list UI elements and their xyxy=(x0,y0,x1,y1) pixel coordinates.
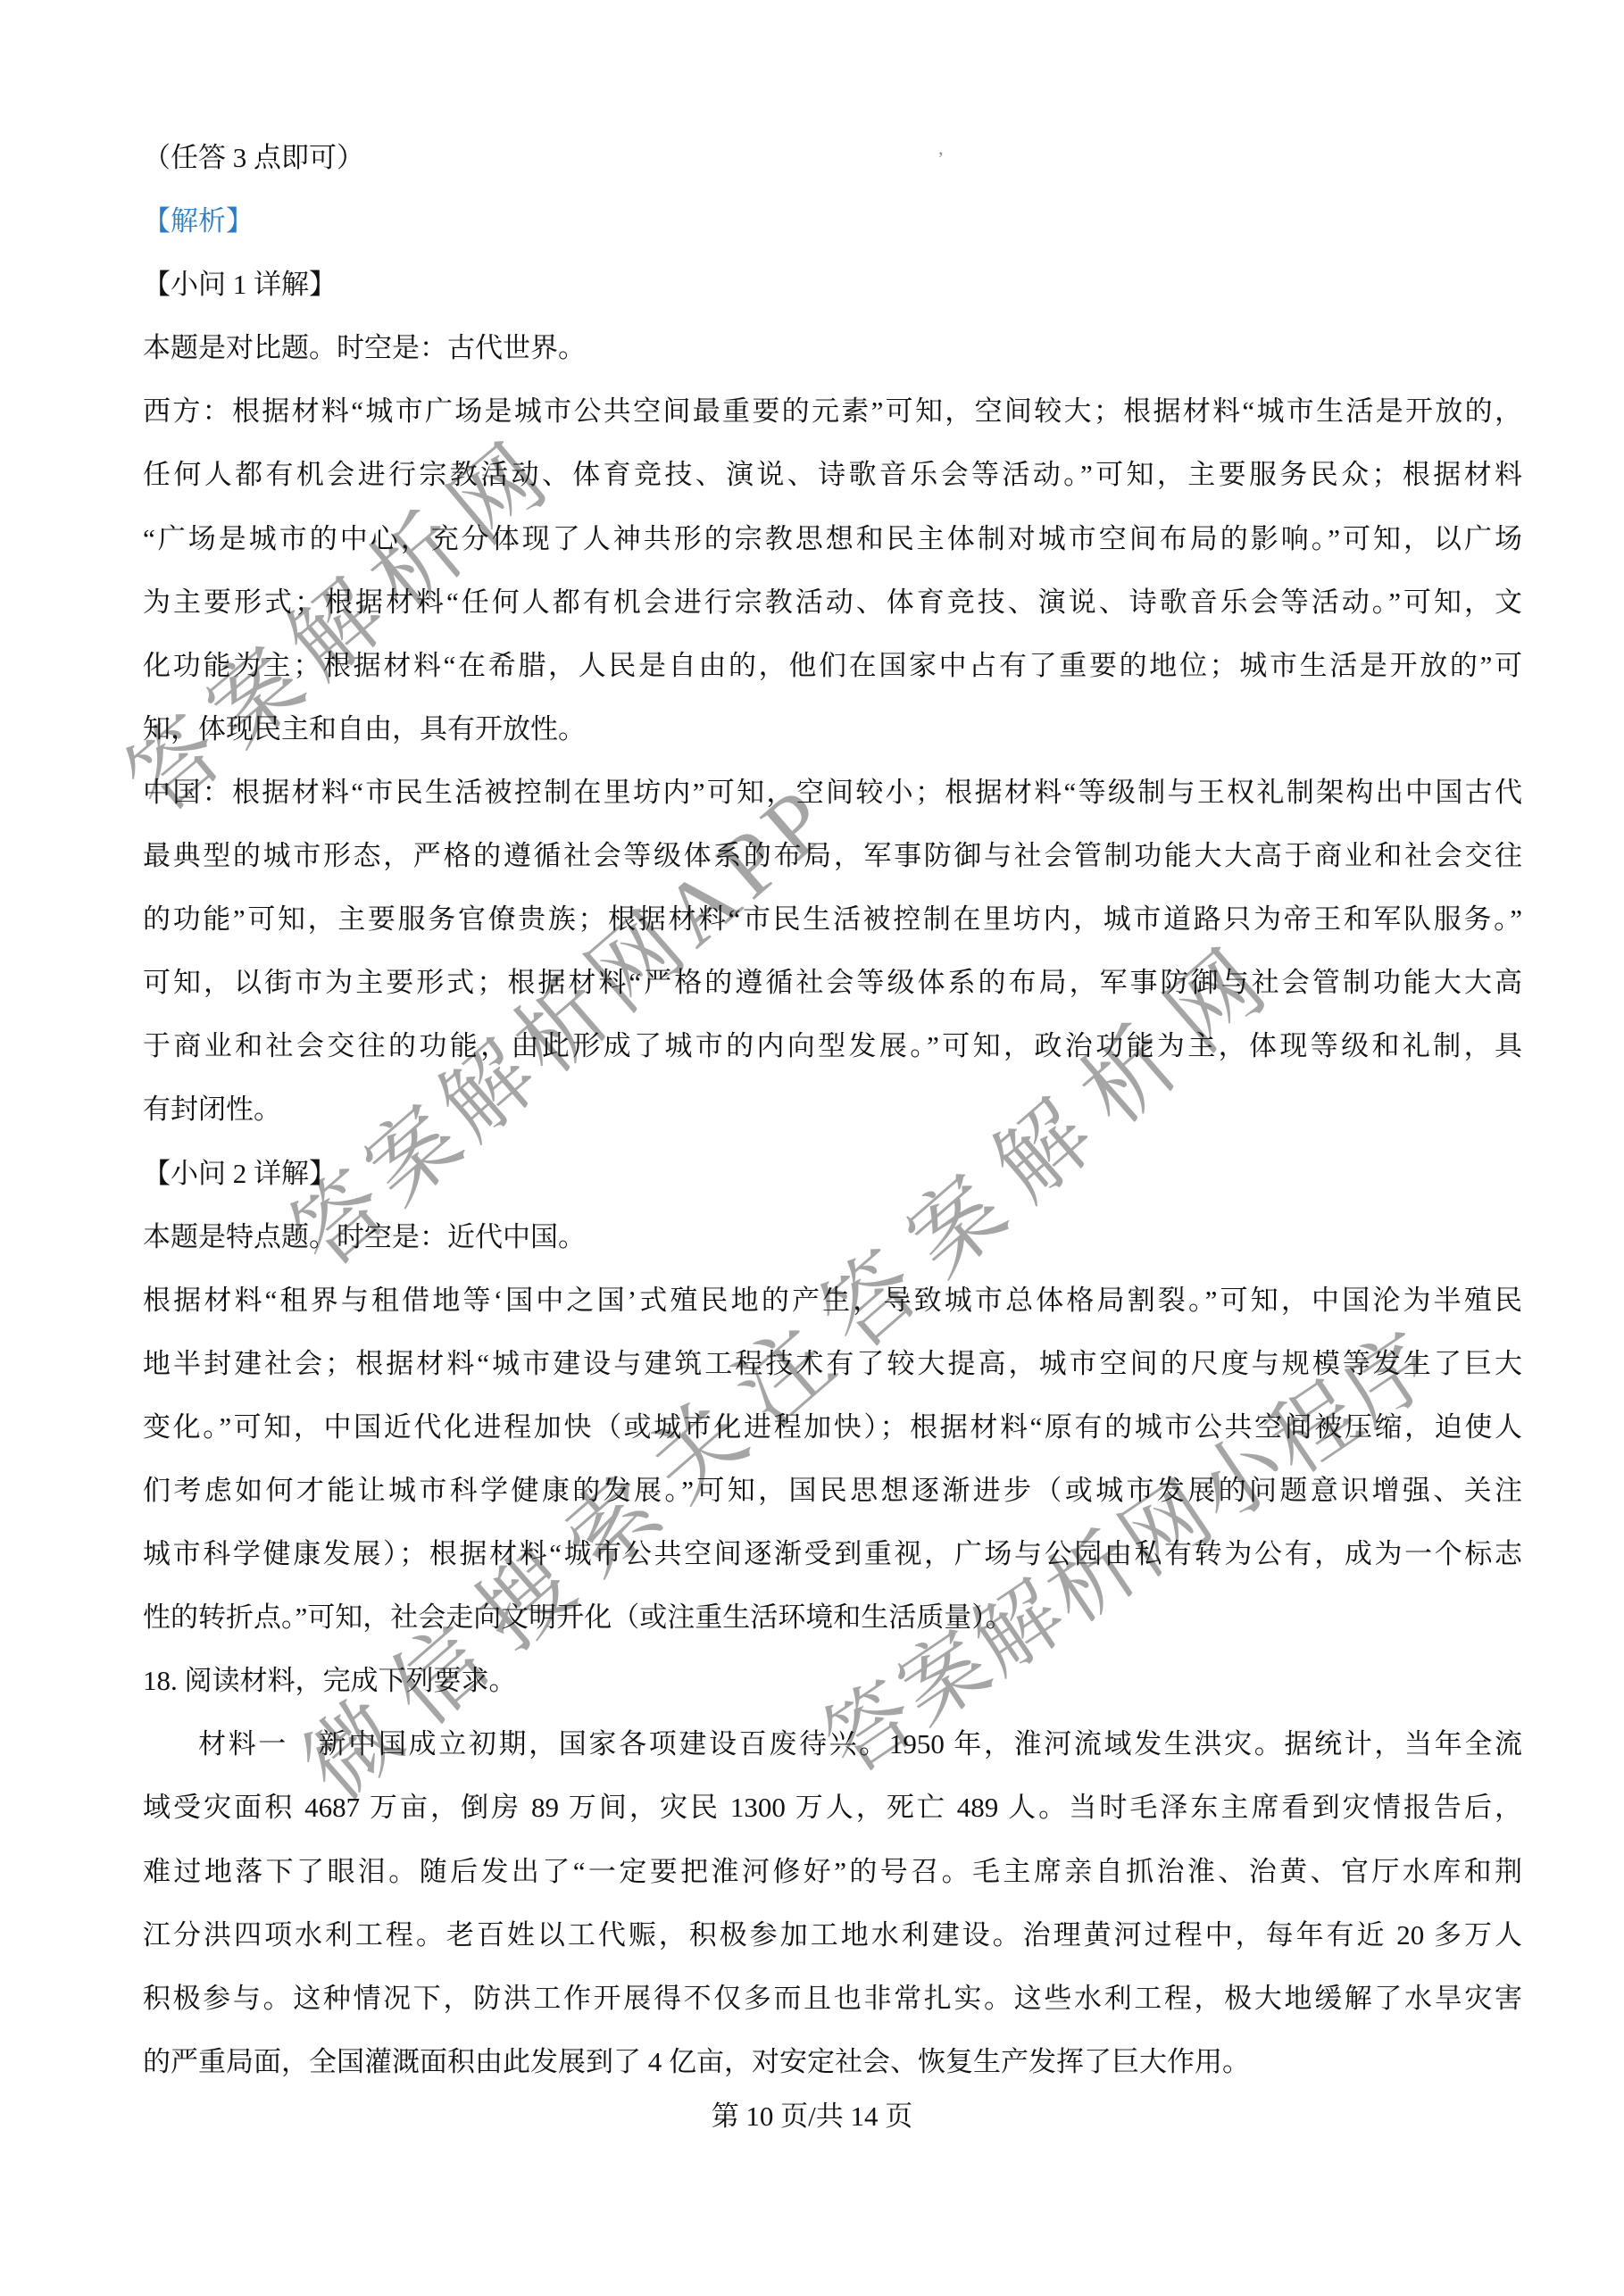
text-line: （任答 3 点即可） xyxy=(143,126,1522,189)
text-line: 于商业和社会交往的功能，由此形成了城市的内向型发展。”可知，政治功能为主，体现等… xyxy=(143,1014,1522,1077)
text-line: 城市科学健康发展）；根据材料“城市公共空间逐渐受到重视，广场与公园由私有转为公有… xyxy=(143,1522,1522,1585)
text-line: 本题是对比题。时空是：古代世界。 xyxy=(143,316,1522,379)
text-line: 为主要形式；根据材料“任何人都有机会进行宗教活动、体育竞技、演说、诗歌音乐会等活… xyxy=(143,570,1522,634)
text-line: 根据材料“租界与租借地等‘国中之国’式殖民地的产生，导致城市总体格局割裂。”可知… xyxy=(143,1269,1522,1332)
text-line: 中国：根据材料“市民生活被控制在里坊内”可知，空间较小；根据材料“等级制与王权礼… xyxy=(143,761,1522,824)
text-line: 域受灾面积 4687 万亩，倒房 89 万间，灾民 1300 万人，死亡 489… xyxy=(143,1776,1522,1839)
text-line: “广场是城市的中心，充分体现了人神共形的宗教思想和民主体制对城市空间布局的影响。… xyxy=(143,507,1522,570)
document-page: 答案解析网答案解析网APP微信搜索关注答案解析网答案解析网小程序 （任答 3 点… xyxy=(0,0,1624,2296)
text-line: 的功能”可知，主要服务官僚贵族；根据材料“市民生活被控制在里坊内，城市道路只为帝… xyxy=(143,887,1522,951)
text-line: 难过地落下了眼泪。随后发出了“一定要把淮河修好”的号召。毛主席亲自抓治淮、治黄、… xyxy=(143,1840,1522,1903)
page-footer: 第 10 页/共 14 页 xyxy=(0,2084,1624,2148)
text-line: 变化。”可知，中国近代化进程加快（或城市化进程加快）；根据材料“原有的城市公共空… xyxy=(143,1395,1522,1459)
text-line: 材料一 新中国成立初期，国家各项建设百废待兴。1950 年，淮河流域发生洪灾。据… xyxy=(143,1712,1522,1776)
text-line: 18. 阅读材料，完成下列要求。 xyxy=(143,1649,1522,1712)
text-line: 最典型的城市形态，严格的遵循社会等级体系的布局，军事防御与社会管制功能大大高于商… xyxy=(143,824,1522,887)
text-line: 本题是特点题。时空是：近代中国。 xyxy=(143,1205,1522,1269)
text-line: 有封闭性。 xyxy=(143,1077,1522,1141)
text-line: 【小问 2 详解】 xyxy=(143,1142,1522,1205)
text-line: 化功能为主；根据材料“在希腊，人民是自由的，他们在国家中占有了重要的地位；城市生… xyxy=(143,634,1522,697)
text-line: 们考虑如何才能让城市科学健康的发展。”可知，国民思想逐渐进步（或城市发展的问题意… xyxy=(143,1459,1522,1522)
text-line: 可知，以街市为主要形式；根据材料“严格的遵循社会等级体系的布局，军事防御与社会管… xyxy=(143,951,1522,1014)
document-body: （任答 3 点即可）【解析】【小问 1 详解】本题是对比题。时空是：古代世界。西… xyxy=(143,126,1522,2093)
text-line: 江分洪四项水利工程。老百姓以工代赈，积极参加工地水利建设。治理黄河过程中，每年有… xyxy=(143,1903,1522,1967)
text-line: 任何人都有机会进行宗教活动、体育竞技、演说、诗歌音乐会等活动。”可知，主要服务民… xyxy=(143,443,1522,506)
text-line: 【解析】 xyxy=(143,189,1522,253)
text-line: 地半封建社会；根据材料“城市建设与建筑工程技术有了较大提高，城市空间的尺度与规模… xyxy=(143,1332,1522,1395)
text-line: 知，体现民主和自由，具有开放性。 xyxy=(143,697,1522,761)
text-line: 【小问 1 详解】 xyxy=(143,253,1522,316)
stray-mark: ’ xyxy=(937,147,944,171)
text-line: 性的转折点。”可知，社会走向文明开化（或注重生活环境和生活质量）。 xyxy=(143,1585,1522,1649)
text-line: 积极参与。这种情况下，防洪工作开展得不仅多而且也非常扎实。这些水利工程，极大地缓… xyxy=(143,1967,1522,2030)
text-line: 西方：根据材料“城市广场是城市公共空间最重要的元素”可知，空间较大；根据材料“城… xyxy=(143,379,1522,443)
